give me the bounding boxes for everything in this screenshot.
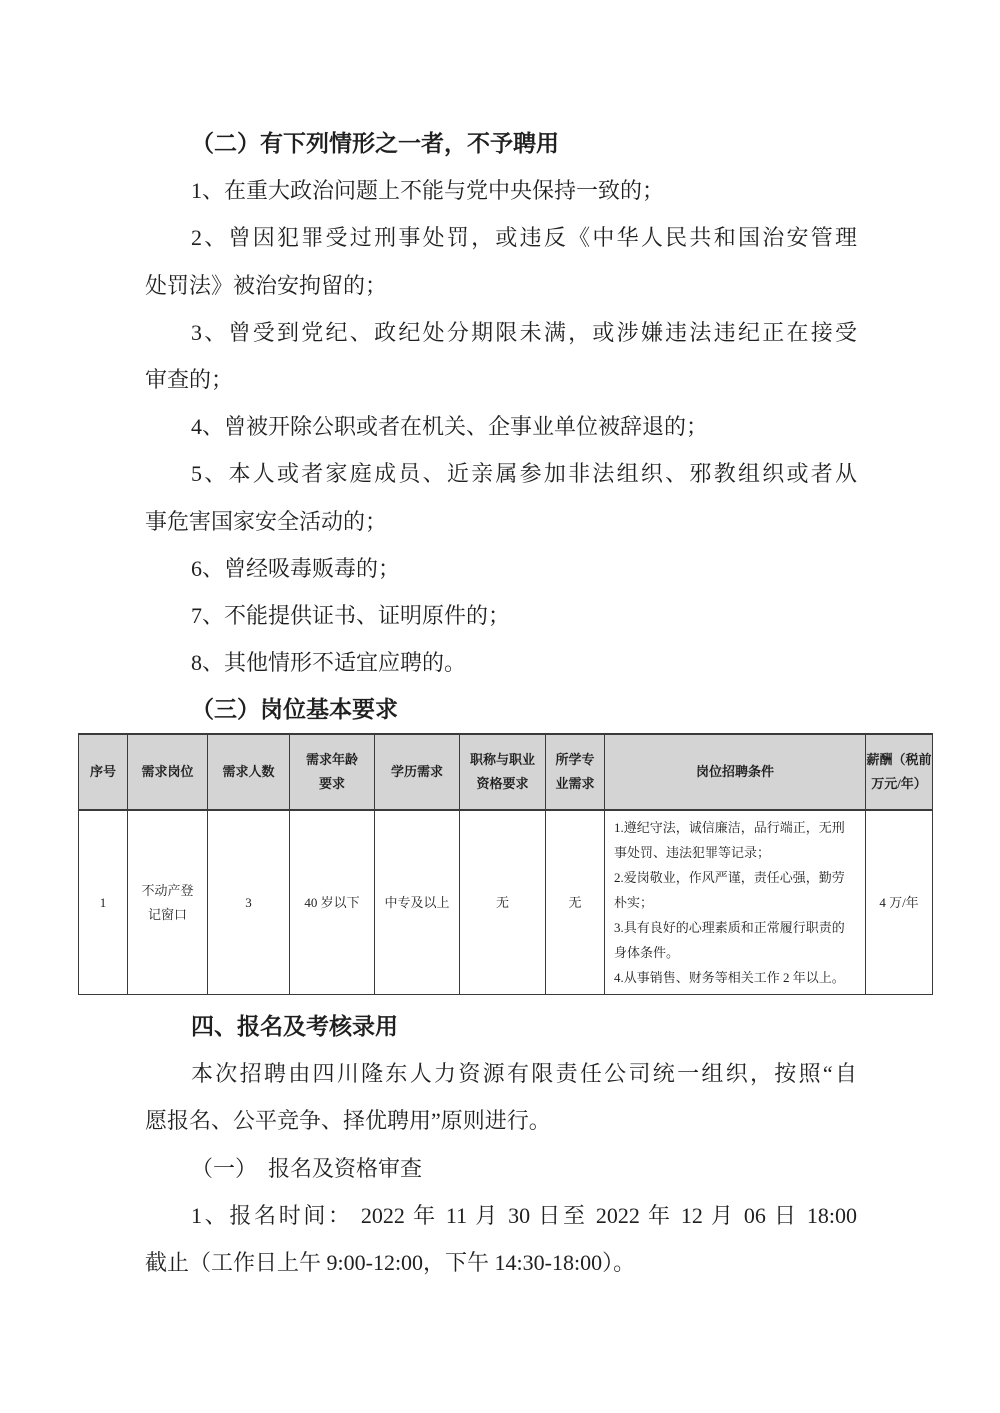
org-paragraph-line-1: 本次招聘由四川隆东人力资源有限责任公司统一组织，按照“自 [145,1050,857,1097]
condition-1: 1.遵纪守法，诚信廉洁，品行端正，无刑事处罚、违法犯罪等记录； [614,815,856,865]
col-header-title-cert: 职称与职业资格要求 [460,734,546,810]
cell-position: 不动产登记窗口 [128,810,208,995]
table-row: 1 不动产登记窗口 3 40 岁以下 中专及以上 无 无 1.遵纪守法，诚信廉洁… [79,810,933,995]
condition-2: 2.爱岗敬业，作风严谨，责任心强，勤劳朴实； [614,865,856,915]
disqualify-item-7: 7、不能提供证书、证明原件的； [145,592,857,639]
disqualify-item-5-line-1: 5、本人或者家庭成员、近亲属参加非法组织、邪教组织或者从 [145,450,857,497]
col-header-age: 需求年龄要求 [290,734,375,810]
disqualify-item-4: 4、曾被开除公职或者在机关、企事业单位被辞退的； [145,403,857,450]
disqualify-item-3-line-1: 3、曾受到党纪、政纪处分期限未满，或涉嫌违法违纪正在接受 [145,309,857,356]
heading-section-2: （二）有下列情形之一者，不予聘用 [145,120,857,167]
col-header-serial: 序号 [79,734,128,810]
cell-serial: 1 [79,810,128,995]
col-header-salary: 薪酬（税前万元/年） [866,734,933,810]
subheading-registration: （一） 报名及资格审查 [145,1145,857,1192]
disqualify-item-1: 1、在重大政治问题上不能与党中央保持一致的； [145,167,857,214]
time-paragraph-line-2: 截止（工作日上午 9:00-12:00，下午 14:30-18:00）。 [145,1239,857,1286]
col-header-education: 学历需求 [375,734,460,810]
disqualify-item-2-line-2: 处罚法》被治安拘留的； [145,262,857,309]
col-header-count: 需求人数 [208,734,290,810]
disqualify-item-6: 6、曾经吸毒贩毒的； [145,545,857,592]
heading-section-4: 四、报名及考核录用 [145,1003,857,1050]
section-application: 四、报名及考核录用 本次招聘由四川隆东人力资源有限责任公司统一组织，按照“自 愿… [145,1003,857,1286]
time-paragraph-line-1: 1、报名时间： 2022 年 11 月 30 日至 2022 年 12 月 06… [145,1192,857,1239]
col-header-conditions: 岗位招聘条件 [605,734,866,810]
cell-count: 3 [208,810,290,995]
table-header-row: 序号 需求岗位 需求人数 需求年龄要求 学历需求 职称与职业资格要求 所学专业需… [79,734,933,810]
cell-education: 中专及以上 [375,810,460,995]
cell-salary: 4 万/年 [866,810,933,995]
col-header-position: 需求岗位 [128,734,208,810]
disqualify-item-2-line-1: 2、曾因犯罪受过刑事处罚，或违反《中华人民共和国治安管理 [145,214,857,261]
section-disqualification: （二）有下列情形之一者，不予聘用 1、在重大政治问题上不能与党中央保持一致的； … [145,120,857,734]
disqualify-item-3-line-2: 审查的； [145,356,857,403]
heading-section-3: （三）岗位基本要求 [145,686,857,733]
disqualify-item-8: 8、其他情形不适宜应聘的。 [145,639,857,686]
col-header-major: 所学专业需求 [546,734,605,810]
condition-3: 3.具有良好的心理素质和正常履行职责的身体条件。 [614,915,856,965]
condition-4: 4.从事销售、财务等相关工作 2 年以上。 [614,965,856,990]
cell-conditions: 1.遵纪守法，诚信廉洁，品行端正，无刑事处罚、违法犯罪等记录； 2.爱岗敬业，作… [605,810,866,995]
cell-age: 40 岁以下 [290,810,375,995]
disqualify-item-5-line-2: 事危害国家安全活动的； [145,498,857,545]
cell-title-cert: 无 [460,810,546,995]
org-paragraph-line-2: 愿报名、公平竞争、择优聘用”原则进行。 [145,1097,857,1144]
cell-major: 无 [546,810,605,995]
position-requirements-table: 序号 需求岗位 需求人数 需求年龄要求 学历需求 职称与职业资格要求 所学专业需… [78,733,933,995]
document-page: （二）有下列情形之一者，不予聘用 1、在重大政治问题上不能与党中央保持一致的； … [0,0,1000,1413]
